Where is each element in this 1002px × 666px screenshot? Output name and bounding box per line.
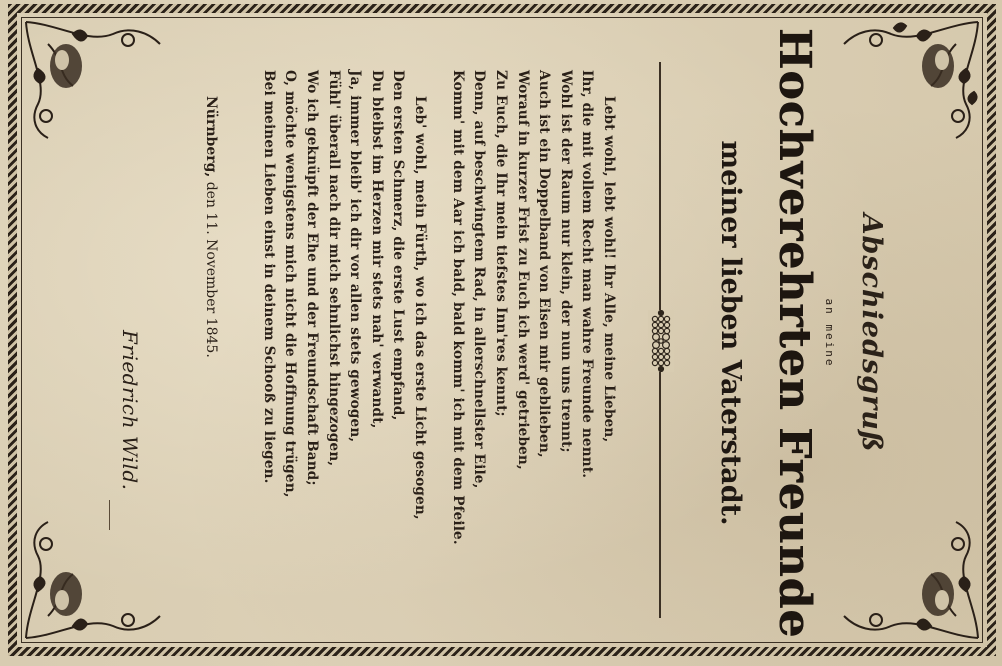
dateline: Nürnberg, den 11. November 1845.	[203, 70, 219, 358]
main-title: Hochverehrten Freunde	[769, 0, 820, 666]
greeting-title: Abschiedsgruß	[856, 0, 887, 666]
poem-line: Du bleibst im Herzen mir stets nah' verw…	[365, 70, 387, 610]
corner-ornament-cherub-icon	[18, 516, 168, 646]
signature: Friedrich Wild.	[118, 330, 142, 491]
poem-line: O, möchte wenigstens mich nicht die Hoff…	[279, 70, 301, 610]
small-rule-mark	[109, 500, 110, 530]
poem-stanza-1: Lebt wohl, lebt wohl! Ihr Alle, meine Li…	[446, 70, 619, 610]
poem-line: Fühl' überall nach dir mich sehnlichst h…	[322, 70, 344, 610]
dateline-place: Nürnberg,	[203, 70, 219, 177]
ornamental-divider	[640, 62, 680, 618]
connector-text: an meine	[823, 0, 836, 666]
poem-line: Komm' mit dem Aar ich bald, bald komm' i…	[446, 70, 468, 610]
poem-line: Worauf in kurzer Frist zu Euch ich werd'…	[511, 70, 533, 610]
poem-line: Leb' wohl, mein Fürth, wo ich das erste …	[408, 70, 430, 610]
rotated-page: Abschiedsgruß an meine Hochverehrten Fre…	[0, 0, 1002, 666]
poem-line: Zu Euch, die Ihr mein tiefstes Inn'res k…	[489, 70, 511, 610]
chain-knot-icon	[648, 310, 674, 372]
paper-background: Abschiedsgruß an meine Hochverehrten Fre…	[0, 0, 1002, 666]
corner-ornament-cherub-icon	[18, 14, 168, 144]
dateline-date: den 11. November 1845.	[203, 182, 219, 358]
poem-line: Denn, auf beschwingtem Rad, in allerschn…	[468, 70, 490, 610]
poem-line: Ja, immer bleib' ich dir vor allen stets…	[344, 70, 366, 610]
subtitle: meiner lieben Vaterstadt.	[715, 0, 746, 666]
poem-stanza-2: Leb' wohl, mein Fürth, wo ich das erste …	[257, 70, 430, 610]
poem-line: Wohl ist der Raum nur klein, der nun uns…	[554, 70, 576, 610]
poem-line: Ihr, die mit vollem Recht man wahre Freu…	[576, 70, 598, 610]
poem-line: Auch ist ein Doppelband von Eisen mir ge…	[533, 70, 555, 610]
poem-line: Wo ich geknüpft der Ehe und der Freundsc…	[300, 70, 322, 610]
poem-line: Lebt wohl, lebt wohl! Ihr Alle, meine Li…	[597, 70, 619, 610]
poem-line: Bei meinen Lieben einst in deinem Schooß…	[257, 70, 279, 610]
poem-line: Den ersten Schmerz, die erste Lust empfa…	[387, 70, 409, 610]
